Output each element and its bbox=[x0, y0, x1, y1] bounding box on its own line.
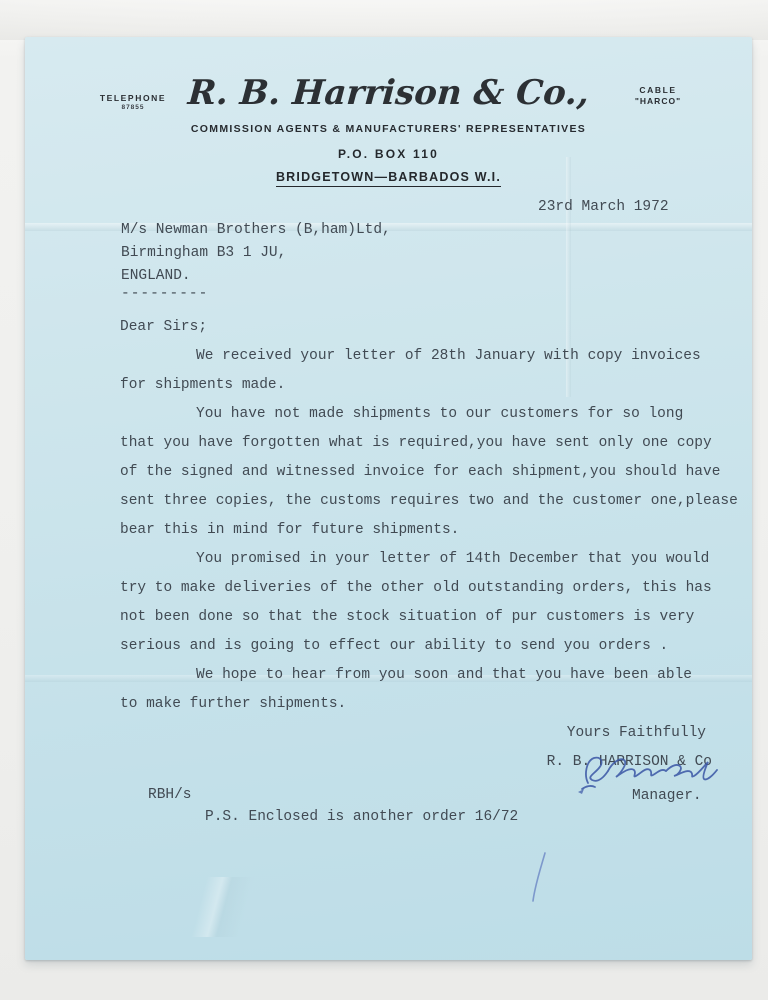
paper-crease-diagonal bbox=[65, 877, 365, 937]
scanned-letter-photo: TELEPHONE 87855 CABLE "HARCO" R. B. Harr… bbox=[0, 0, 768, 1000]
paragraph-2-line-3: of the signed and witnessed invoice for … bbox=[120, 458, 752, 487]
paragraph-3-line-2: try to make deliveries of the other old … bbox=[120, 574, 752, 603]
recipient-underline-dashes: --------- bbox=[121, 288, 391, 302]
reference-initials: RBH/s bbox=[148, 787, 192, 803]
paragraph-1-line-1: We received your letter of 28th January … bbox=[120, 342, 752, 371]
company-name: R. B. Harrison & Co., bbox=[24, 73, 754, 113]
paragraph-1-line-2: for shipments made. bbox=[120, 371, 752, 400]
paragraph-2-line-2: that you have forgotten what is required… bbox=[120, 429, 752, 458]
letter-date: 23rd March 1972 bbox=[538, 199, 669, 215]
recipient-line-1: M/s Newman Brothers (B,ham)Ltd, bbox=[121, 219, 391, 242]
valediction: Yours Faithfully bbox=[120, 719, 752, 748]
paragraph-2-line-4: sent three copies, the customs requires … bbox=[120, 487, 752, 516]
paragraph-4-line-2: to make further shipments. bbox=[120, 690, 752, 719]
recipient-line-2: Birmingham B3 1 JU, bbox=[121, 242, 391, 265]
company-tagline: COMMISSION AGENTS & MANUFACTURERS' REPRE… bbox=[25, 123, 752, 135]
recipient-address: M/s Newman Brothers (B,ham)Ltd, Birmingh… bbox=[121, 219, 391, 302]
paragraph-4-line-1: We hope to hear from you soon and that y… bbox=[120, 661, 752, 690]
paragraph-3-line-4: serious and is going to effect our abili… bbox=[120, 632, 752, 661]
stray-pen-mark bbox=[523, 849, 553, 907]
city-line: BRIDGETOWN—BARBADOS W.I. bbox=[276, 170, 501, 187]
background-paper-curl bbox=[0, 0, 768, 40]
letter-paper: TELEPHONE 87855 CABLE "HARCO" R. B. Harr… bbox=[25, 37, 752, 960]
letter-body: Dear Sirs; We received your letter of 28… bbox=[120, 313, 752, 777]
postscript: P.S. Enclosed is another order 16/72 bbox=[205, 809, 518, 825]
paragraph-2-line-1: You have not made shipments to our custo… bbox=[120, 400, 752, 429]
salutation: Dear Sirs; bbox=[120, 313, 752, 342]
recipient-line-3: ENGLAND. bbox=[121, 265, 391, 288]
paragraph-3-line-3: not been done so that the stock situatio… bbox=[120, 603, 752, 632]
paragraph-2-line-5: bear this in mind for future shipments. bbox=[120, 516, 752, 545]
city-line-wrap: BRIDGETOWN—BARBADOS W.I. bbox=[25, 168, 752, 187]
po-box-line: P.O. BOX 110 bbox=[25, 147, 752, 161]
signer-title: Manager. bbox=[632, 788, 702, 804]
paragraph-3-line-1: You promised in your letter of 14th Dece… bbox=[120, 545, 752, 574]
